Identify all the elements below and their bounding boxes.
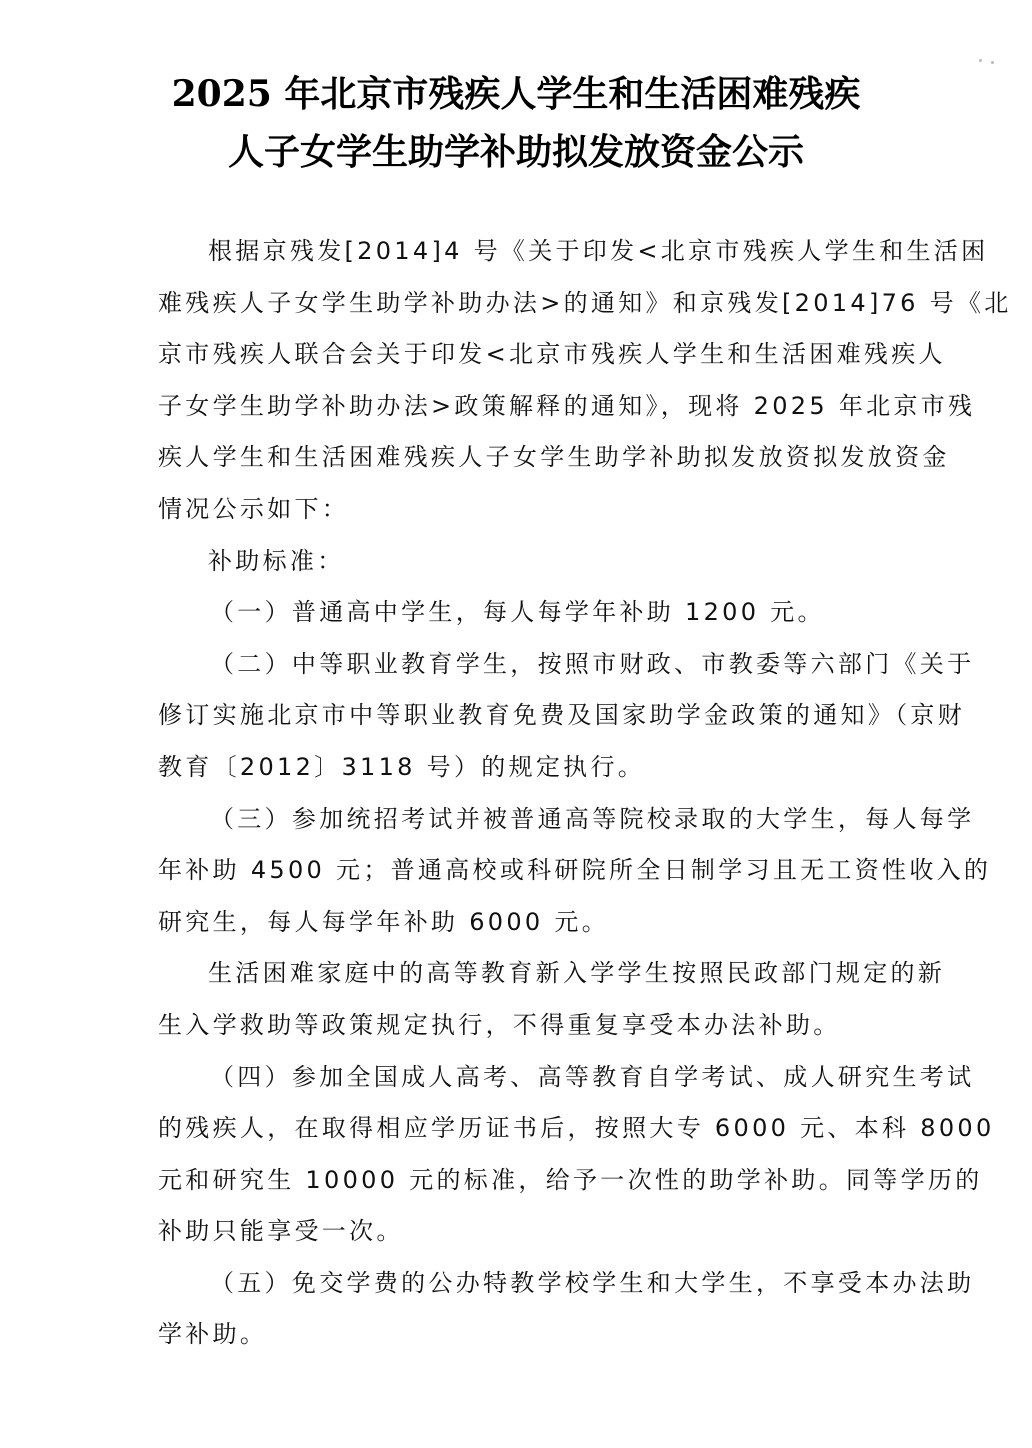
item-1-line: （一）普通高中学生，每人每学年补助 1200 元。 xyxy=(158,587,918,639)
item-5-line: （五）免交学费的公办特教学校学生和大学生，不享受本办法助 xyxy=(158,1258,918,1310)
paragraph-intro-line: 难残疾人子女学生助学补助办法>的通知》和京残发[2014]76 号《北 xyxy=(158,278,918,330)
item-4-line: 的残疾人，在取得相应学历证书后，按照大专 6000 元、本科 8000 xyxy=(158,1103,918,1155)
item-2-line: 教育〔2012〕3118 号）的规定执行。 xyxy=(158,742,918,794)
paragraph-new-students-line: 生入学救助等政策规定执行，不得重复享受本办法补助。 xyxy=(158,1000,918,1052)
document-title-line-2: 人子女学生助学补助拟发放资金公示 xyxy=(0,124,1032,175)
item-5-line: 学补助。 xyxy=(158,1309,918,1361)
scan-speck xyxy=(979,59,982,62)
item-3-line: 年补助 4500 元；普通高校或科研院所全日制学习且无工资性收入的 xyxy=(158,845,918,897)
item-4-line: 元和研究生 10000 元的标准，给予一次性的助学补助。同等学历的 xyxy=(158,1155,918,1207)
item-3-line: （三）参加统招考试并被普通高等院校录取的大学生，每人每学 xyxy=(158,794,918,846)
paragraph-intro-line: 根据京残发[2014]4 号《关于印发<北京市残疾人学生和生活困 xyxy=(158,226,918,278)
paragraph-new-students-line: 生活困难家庭中的高等教育新入学学生按照民政部门规定的新 xyxy=(158,948,918,1000)
item-4-line: 补助只能享受一次。 xyxy=(158,1206,918,1258)
item-2-line: （二）中等职业教育学生，按照市财政、市教委等六部门《关于 xyxy=(158,639,918,691)
document-body: 根据京残发[2014]4 号《关于印发<北京市残疾人学生和生活困 难残疾人子女学… xyxy=(158,226,918,1361)
section-heading-subsidy-standard: 补助标准： xyxy=(158,536,918,588)
paragraph-intro-line: 子女学生助学补助办法>政策解释的通知》，现将 2025 年北京市残 xyxy=(158,381,918,433)
document-title-line-1: 2025 年北京市残疾人学生和生活困难残疾 xyxy=(0,66,1032,117)
paragraph-intro-line: 疾人学生和生活困难残疾人子女学生助学补助拟发放资拟发放资金 xyxy=(158,432,918,484)
document-page: 2025 年北京市残疾人学生和生活困难残疾 人子女学生助学补助拟发放资金公示 根… xyxy=(0,0,1032,1448)
paragraph-intro-line: 京市残疾人联合会关于印发<北京市残疾人学生和生活困难残疾人 xyxy=(158,329,918,381)
scan-speck xyxy=(991,61,994,64)
item-3-line: 研究生，每人每学年补助 6000 元。 xyxy=(158,897,918,949)
paragraph-intro-line: 情况公示如下： xyxy=(158,484,918,536)
item-4-line: （四）参加全国成人高考、高等教育自学考试、成人研究生考试 xyxy=(158,1052,918,1104)
item-2-line: 修订实施北京市中等职业教育免费及国家助学金政策的通知》（京财 xyxy=(158,690,918,742)
